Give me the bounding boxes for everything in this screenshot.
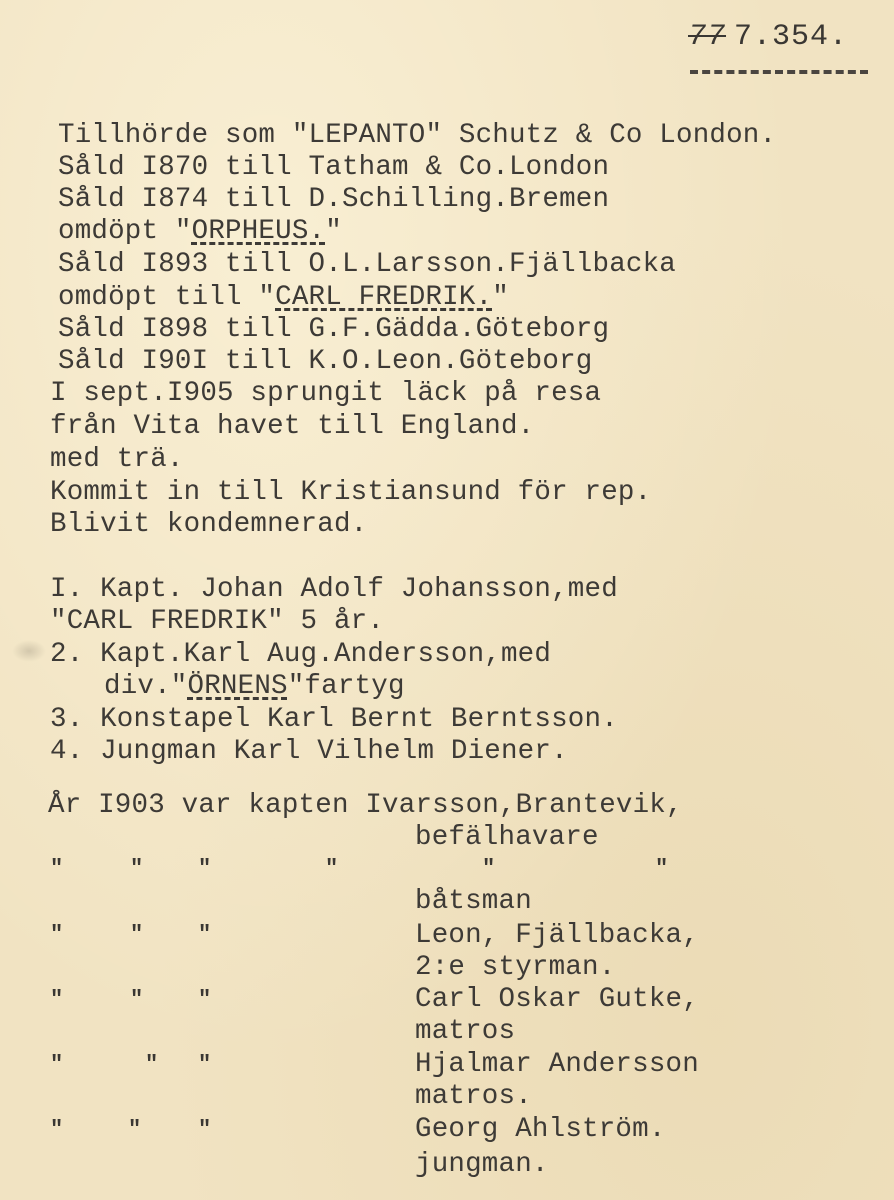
crew-item-1-cont: "CARL FREDRIK" 5 år. (50, 606, 384, 638)
crew-item-4: 4. Jungman Karl Vilhelm Diener. (50, 736, 568, 768)
history-line: Såld I90I till K.O.Leon.Göteborg (58, 346, 593, 378)
ditto-mark: " (50, 856, 63, 881)
ditto-mark: " (655, 856, 668, 881)
history-line: Såld I870 till Tatham & Co.London (58, 152, 609, 184)
ditto-mark: " (482, 856, 495, 881)
crew-name: Hjalmar Andersson (415, 1049, 699, 1081)
ditto-mark: " (325, 856, 338, 881)
reference-number: 777.354. (688, 20, 848, 54)
ship-name-ornens: ÖRNENS (188, 671, 288, 702)
history-line: från Vita havet till England. (50, 411, 534, 443)
history-line: Såld I874 till D.Schilling.Bremen (58, 184, 609, 216)
closing-quote: " (492, 282, 509, 313)
crew-item-2-cont: div."ÖRNENS"fartyg (104, 671, 405, 703)
ditto-mark: " (198, 987, 211, 1012)
history-line: Såld I893 till O.L.Larsson.Fjällbacka (58, 249, 676, 281)
closing-quote: " (325, 216, 342, 247)
role: befälhavare (415, 822, 599, 854)
history-line: Såld I898 till G.F.Gädda.Göteborg (58, 314, 609, 346)
role: matros (415, 1016, 515, 1048)
history-line: I sept.I905 sprungit läck på resa (50, 378, 601, 410)
crew-name: Carl Oskar Gutke, (415, 984, 699, 1016)
history-line: Blivit kondemnerad. (50, 509, 367, 541)
crew-text: div." (104, 671, 188, 702)
crew-text: Jungman Karl Vilhelm Diener. (100, 736, 568, 767)
crew-name: Georg Ahlström. (415, 1114, 666, 1146)
ink-smudge (12, 640, 46, 662)
ditto-mark: " (198, 922, 211, 947)
ditto-mark: " (145, 1052, 158, 1077)
crew-text: Konstapel Karl Bernt Berntsson. (100, 704, 618, 735)
history-line: Kommit in till Kristiansund för rep. (50, 477, 651, 509)
crew-text: Kapt. Johan Adolf Johansson,med (100, 574, 618, 605)
renamed-label: omdöpt till " (58, 282, 275, 313)
ship-name-carl-fredrik: CARL FREDRIK. (275, 282, 492, 313)
ditto-mark: " (50, 922, 63, 947)
crew-number: 4. (50, 736, 83, 767)
crew-item-3: 3. Konstapel Karl Bernt Berntsson. (50, 704, 618, 736)
history-line-renamed-carl-fredrik: omdöpt till "CARL FREDRIK." (58, 282, 509, 314)
crew-item-1: I. Kapt. Johan Adolf Johansson,med (50, 574, 618, 606)
ditto-mark: " (50, 1052, 63, 1077)
reference-underline (690, 70, 868, 74)
ditto-mark: " (130, 856, 143, 881)
ditto-mark: " (130, 987, 143, 1012)
reference-value: 7.354. (734, 20, 848, 54)
crew-item-2: 2. Kapt.Karl Aug.Andersson,med (50, 639, 551, 671)
crew-text: "fartyg (288, 671, 405, 702)
role: 2:e styrman. (415, 952, 615, 984)
role: matros. (415, 1081, 532, 1113)
ditto-mark: " (50, 987, 63, 1012)
ship-name-orpheus: ORPHEUS. (192, 216, 326, 247)
history-line: med trä. (50, 444, 184, 476)
ditto-mark: " (128, 1117, 141, 1142)
history-line: Tillhörde som "LEPANTO" Schutz & Co Lond… (58, 120, 776, 152)
renamed-label: omdöpt " (58, 216, 192, 247)
ditto-mark: " (130, 922, 143, 947)
role: jungman. (415, 1149, 549, 1181)
history-line-renamed-orpheus: omdöpt "ORPHEUS." (58, 216, 342, 248)
ditto-mark: " (50, 1117, 63, 1142)
crew-number: 2. (50, 639, 83, 670)
crew-number: 3. (50, 704, 83, 735)
struck-reference: 77 (688, 20, 726, 54)
crew-text: Kapt.Karl Aug.Andersson,med (100, 639, 551, 670)
year-1903-intro: År I903 var kapten Ivarsson,Brantevik, (48, 790, 683, 822)
crew-name: Leon, Fjällbacka, (415, 920, 699, 952)
ditto-mark: " (198, 1052, 211, 1077)
typewritten-record-card: 777.354. Tillhörde som "LEPANTO" Schutz … (0, 0, 894, 1200)
ditto-mark: " (198, 1117, 211, 1142)
ditto-mark: " (198, 856, 211, 881)
crew-number: I. (50, 574, 83, 605)
role: båtsman (415, 886, 532, 918)
